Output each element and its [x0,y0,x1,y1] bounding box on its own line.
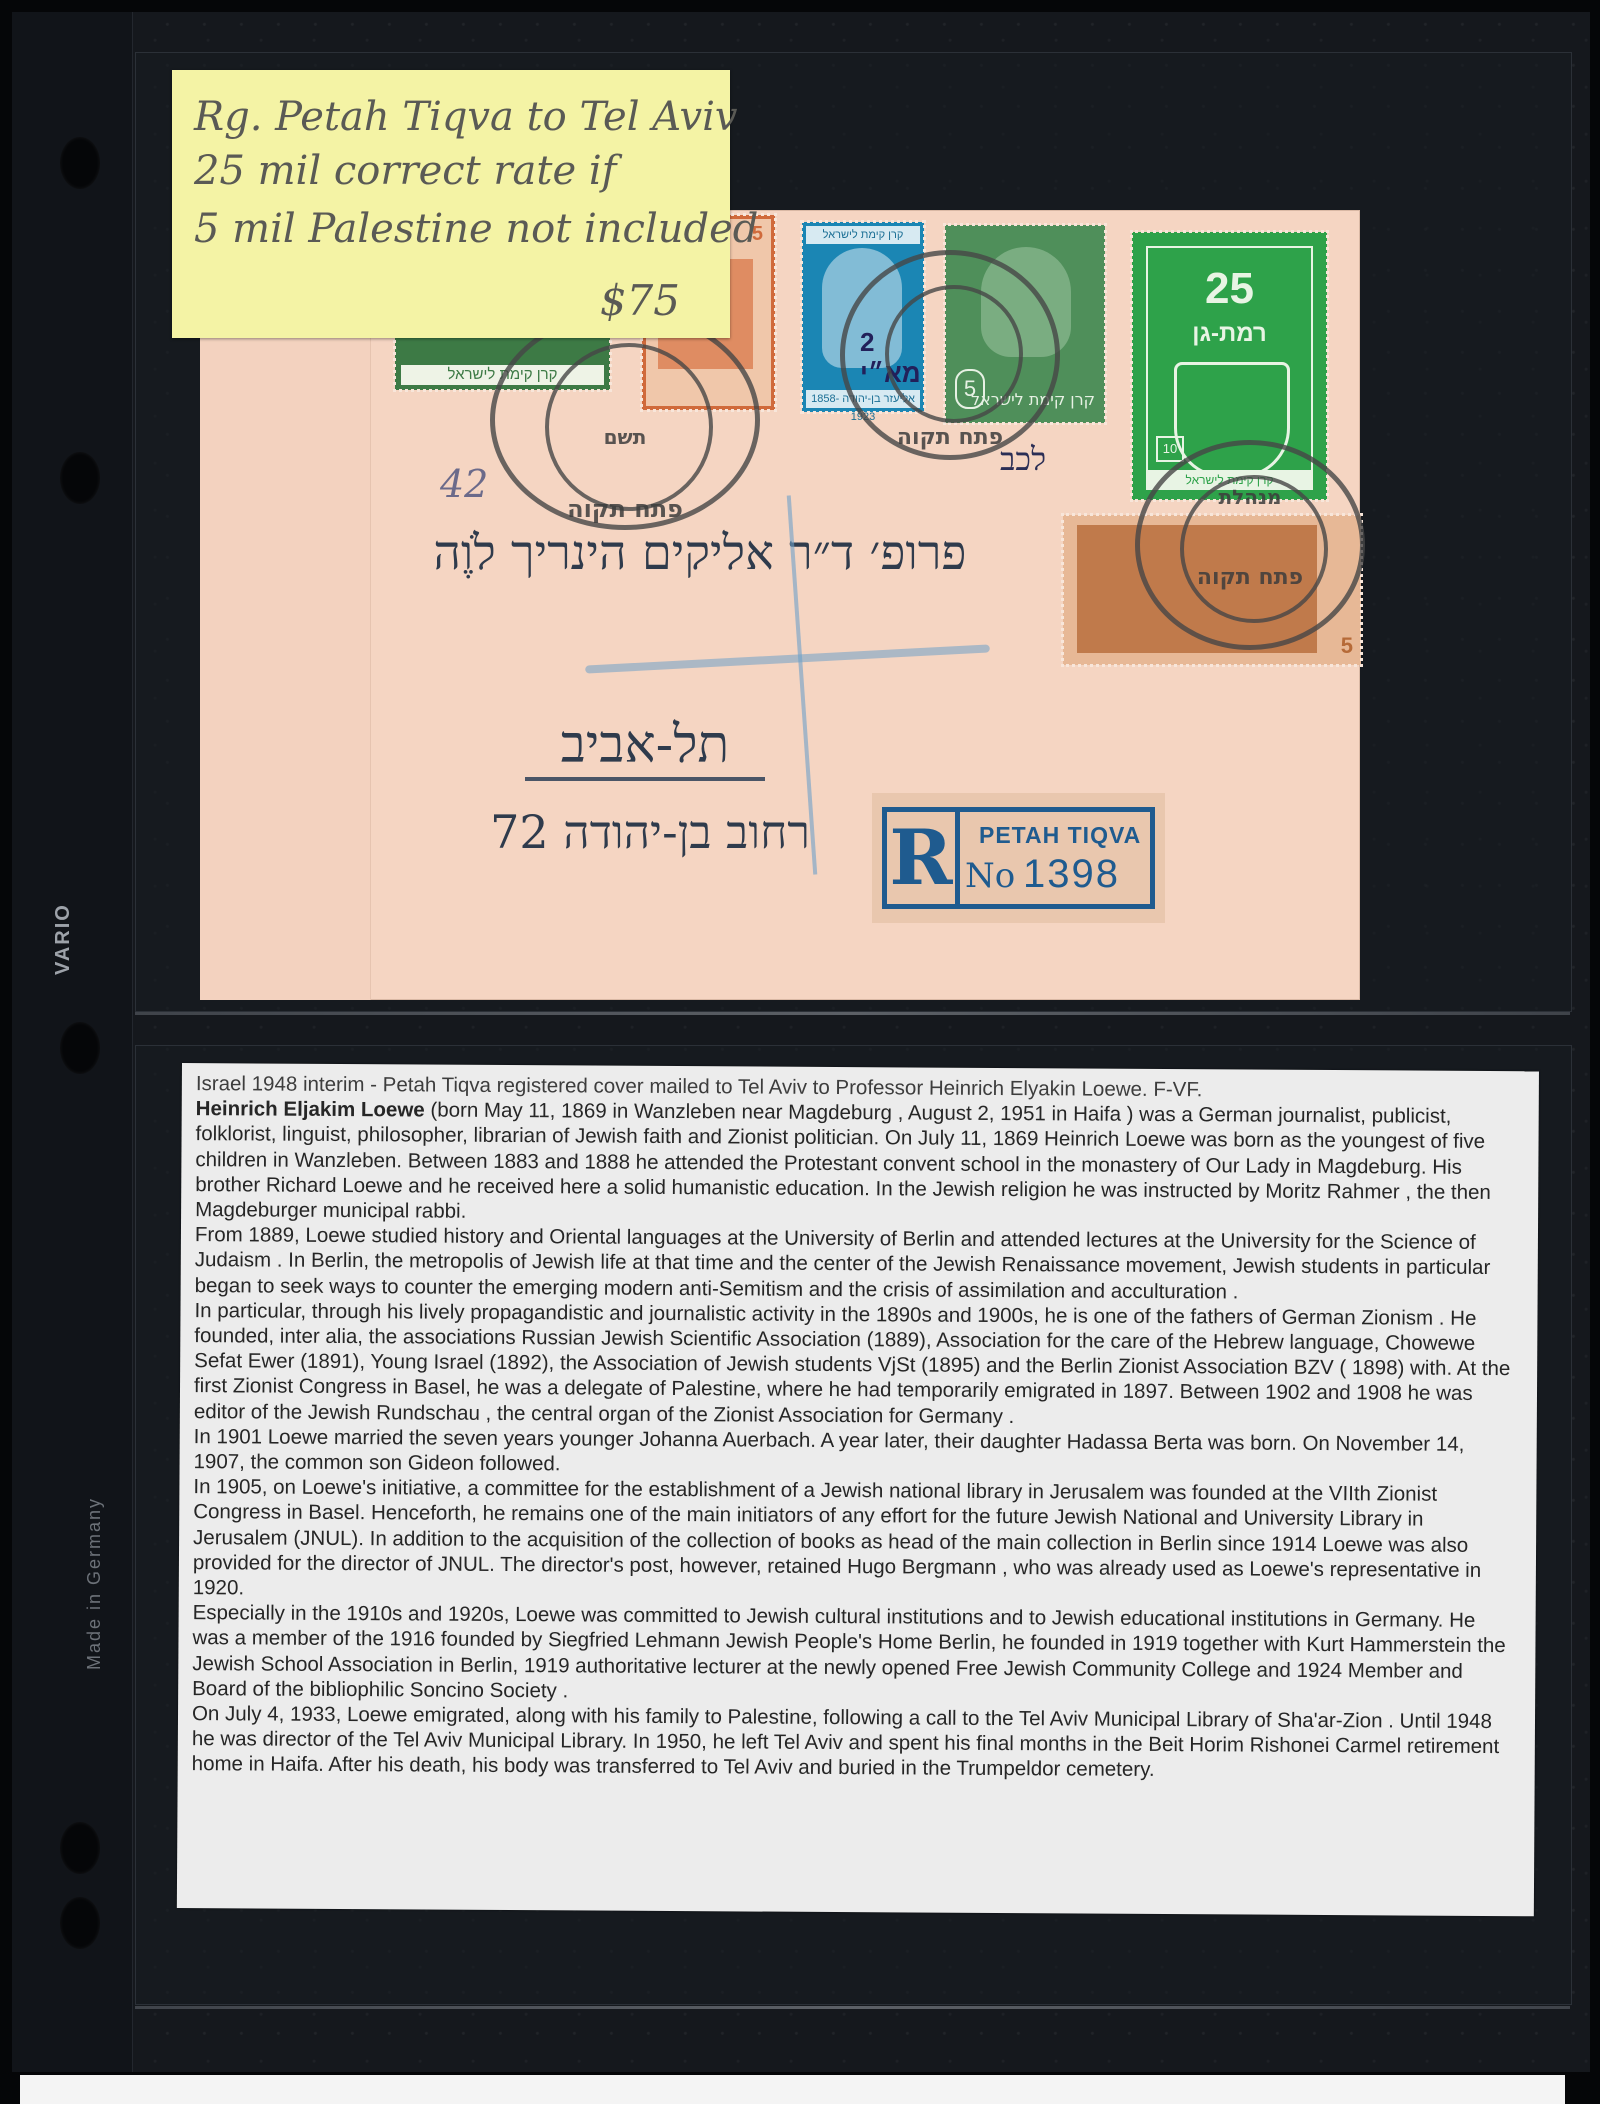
registration-office: PETAH TIQVA [979,822,1141,849]
stamp-small-value: 10 [1156,436,1184,462]
punch-hole [60,1897,100,1949]
registration-label: R PETAH TIQVA No 1398 [872,793,1165,923]
postmark-text: פתח תקוה [495,495,755,523]
price-label: $75 [600,276,680,325]
address-street: רחוב בן-יהודה 72 [455,805,845,859]
registration-number-label: No [965,856,1015,896]
address-city: תל-אביב [525,715,765,781]
sticky-line: 25 mil correct rate if [194,148,616,194]
postmark: תשם פתח תקוה [490,310,760,530]
description-paragraph: In 1901 Loewe married the seven years yo… [193,1424,1516,1482]
pencil-note: 42 [440,462,488,506]
postmark: מנהלת פתח תקוה [1135,440,1365,650]
registration-frame: R PETAH TIQVA No 1398 [882,807,1155,909]
description-paragraph: From 1889, Loewe studied history and Ori… [195,1222,1518,1306]
registration-number: 1398 [1023,852,1120,897]
addressee-name: פרופ׳ ד״ר אליקים הינריך לֹוֶה [390,525,1010,581]
description-card: Israel 1948 interim - Petah Tiqva regist… [177,1063,1539,1916]
description-paragraph: In 1905, on Loewe's initiative, a commit… [193,1474,1517,1608]
sticky-line: Rg. Petah Tiqva to Tel Aviv [194,94,737,140]
punch-hole [60,1822,100,1874]
postmark-text: פתח תקוה [1140,565,1360,590]
binder-strip [12,12,133,2072]
punch-hole [60,137,100,189]
stamp-value: 5 [1341,633,1353,659]
description-text: Israel 1948 interim - Petah Tiqva regist… [192,1071,1519,1785]
registration-letter: R [887,812,960,904]
postmark-center: תשם [495,425,755,449]
punch-hole [60,1022,100,1074]
sticky-line: 5 mil Palestine not included [194,206,758,252]
pocket-lip [135,1012,1570,1015]
pocket-lip [135,2006,1570,2009]
description-paragraph: On July 4, 1933, Loewe emigrated, along … [192,1701,1515,1785]
price-sticky-note[interactable]: Rg. Petah Tiqva to Tel Aviv 25 mil corre… [172,70,730,338]
description-paragraph: Especially in the 1910s and 1920s, Loewe… [192,1600,1516,1709]
postmark-center: מנהלת [1140,485,1360,509]
stamp-inscription: קרן קימת לישראל [806,226,920,244]
description-paragraph: In particular, through his lively propag… [194,1298,1518,1432]
next-page-edge [20,2075,1565,2104]
punch-hole [60,452,100,504]
description-paragraph: Heinrich Eljakim Loewe (born May 11, 186… [195,1096,1519,1230]
postmark-inner-ring [885,285,1023,423]
subject-name: Heinrich Eljakim Loewe [196,1097,425,1121]
postmark: פתח תקוה [840,250,1060,460]
ink-note: לכב [1000,440,1046,478]
stamp-value: 25 [1138,264,1321,314]
stamp-city: רמת-גן [1138,320,1321,348]
binder-brand-label: VARIO [52,903,75,975]
binder-origin-label: Made in Germany [84,1497,105,1670]
